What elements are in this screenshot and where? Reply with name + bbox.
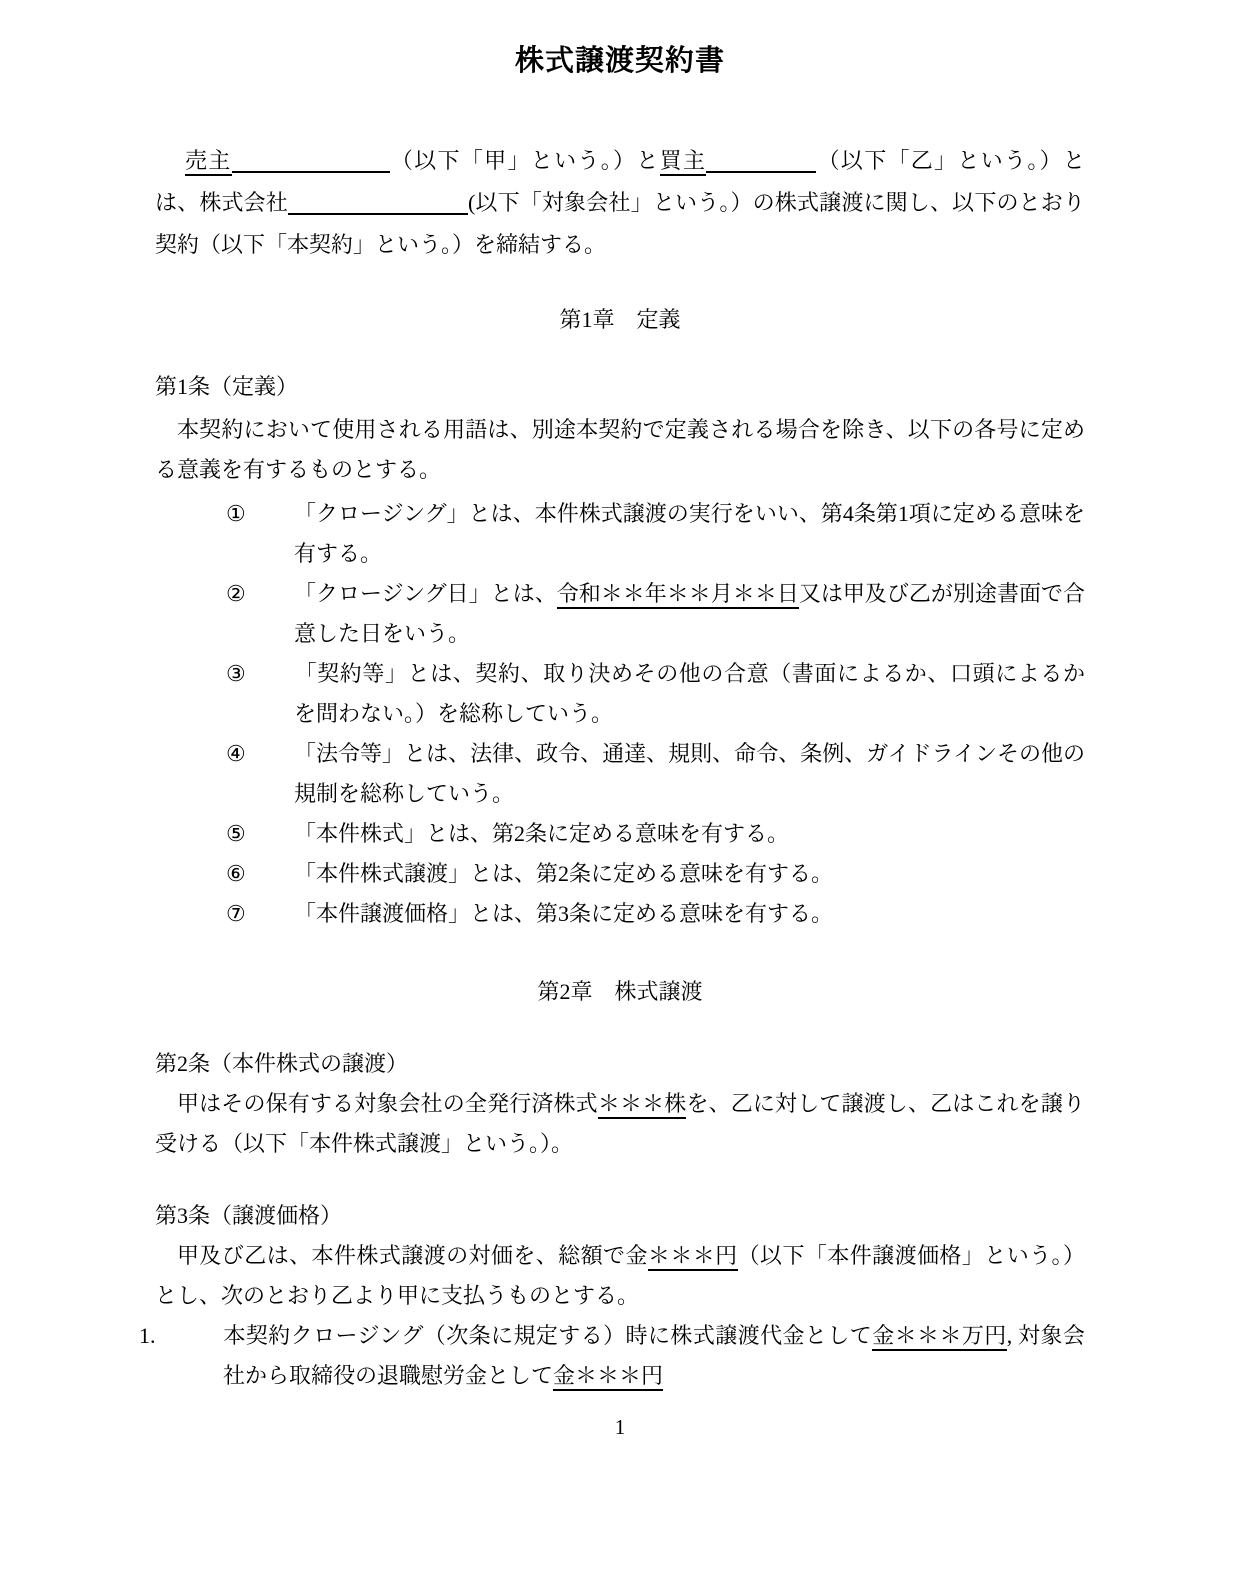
item-text: 「クロージング」とは、本件株式譲渡の実行をいい、第4条第1項に定める意味を有する… (294, 501, 1085, 566)
item-text: 「本件株式」とは、第2条に定める意味を有する。 (294, 821, 789, 846)
definitions-list: ①「クロージング」とは、本件株式譲渡の実行をいい、第4条第1項に定める意味を有す… (155, 494, 1085, 934)
item-text: 「本件譲渡価格」とは、第3条に定める意味を有する。 (294, 901, 833, 926)
definition-item: ①「クロージング」とは、本件株式譲渡の実行をいい、第4条第1項に定める意味を有す… (155, 494, 1085, 574)
buyer-blank-field (706, 153, 816, 173)
item-text: 「クロージング日」とは、 (294, 581, 557, 606)
article-3-body: 甲及び乙は、本件株式譲渡の対価を、総額で金＊＊＊円（以下「本件譲渡価格」という。… (155, 1236, 1085, 1316)
item-marker: ⑥ (260, 854, 294, 894)
chapter-2-heading: 第2章 株式譲渡 (155, 972, 1085, 1012)
article-3-text: 甲及び乙は、本件株式譲渡の対価を、総額で金 (177, 1243, 648, 1268)
item-marker: 1. (181, 1316, 223, 1356)
item-text: 「本件株式譲渡」とは、第2条に定める意味を有する。 (294, 861, 833, 886)
closing-date-field: 令和＊＊年＊＊月＊＊日 (557, 581, 799, 609)
definition-item: ⑥「本件株式譲渡」とは、第2条に定める意味を有する。 (155, 854, 1085, 894)
seller-blank-field (232, 153, 390, 173)
definition-item: ④「法令等」とは、法律、政令、通達、規則、命令、条例、ガイドラインその他の規制を… (155, 734, 1085, 814)
page-number: 1 (0, 1412, 1240, 1442)
article-2-body: 甲はその保有する対象会社の全発行済株式＊＊＊株を、乙に対して譲渡し、乙はこれを譲… (155, 1084, 1085, 1164)
chapter-1-heading: 第1章 定義 (155, 300, 1085, 340)
after-seller-text: （以下「甲」という。）と (390, 148, 660, 173)
definition-item: ③「契約等」とは、契約、取り決めその他の合意（書面によるか、口頭によるかを問わな… (155, 654, 1085, 734)
item-marker: ④ (260, 734, 294, 774)
article-3-heading: 第3条（譲渡価格） (155, 1196, 1085, 1236)
severance-amount-field: 金＊＊＊円 (553, 1363, 663, 1391)
item-text: 「法令等」とは、法律、政令、通達、規則、命令、条例、ガイドラインその他の規制を総… (294, 741, 1085, 806)
definition-item: ②「クロージング日」とは、令和＊＊年＊＊月＊＊日又は甲及び乙が別途書面で合意した… (155, 574, 1085, 654)
buyer-label: 買主 (660, 148, 707, 176)
seller-label: 売主 (185, 148, 232, 176)
document-title: 株式譲渡契約書 (155, 38, 1085, 84)
definition-item: ⑤「本件株式」とは、第2条に定める意味を有する。 (155, 814, 1085, 854)
item-text: 「契約等」とは、契約、取り決めその他の合意（書面によるか、口頭によるかを問わない… (294, 661, 1085, 726)
payment-text: 本契約クロージング（次条に規定する）時に株式譲渡代金として (223, 1323, 872, 1348)
item-marker: ② (260, 574, 294, 614)
company-label: 株式会社 (199, 190, 288, 215)
company-blank-field (288, 195, 468, 215)
intro-paragraph: 売主（以下「甲」という。）と買主（以下「乙」という。）とは、株式会社(以下「対象… (155, 140, 1085, 266)
payment-amount-field: 金＊＊＊万円 (872, 1323, 1007, 1351)
article-2-heading: 第2条（本件株式の譲渡） (155, 1044, 1085, 1084)
article-2-text: 甲はその保有する対象会社の全発行済株式 (177, 1091, 598, 1116)
contract-page: 株式譲渡契約書 売主（以下「甲」という。）と買主（以下「乙」という。）とは、株式… (0, 0, 1240, 1574)
payment-item-1: 1.本契約クロージング（次条に規定する）時に株式譲渡代金として金＊＊＊万円, 対… (155, 1316, 1085, 1396)
definition-item: ⑦「本件譲渡価格」とは、第3条に定める意味を有する。 (155, 894, 1085, 934)
item-marker: ⑤ (260, 814, 294, 854)
total-price-field: ＊＊＊円 (648, 1243, 738, 1271)
page-content: 株式譲渡契約書 売主（以下「甲」という。）と買主（以下「乙」という。）とは、株式… (0, 38, 1240, 1396)
share-count-field: ＊＊＊株 (598, 1091, 687, 1119)
article-1-heading: 第1条（定義） (155, 367, 1085, 407)
item-marker: ③ (260, 654, 294, 694)
article-1-lead: 本契約において使用される用語は、別途本契約で定義される場合を除き、以下の各号に定… (155, 410, 1085, 490)
item-marker: ⑦ (260, 894, 294, 934)
item-marker: ① (260, 494, 294, 534)
